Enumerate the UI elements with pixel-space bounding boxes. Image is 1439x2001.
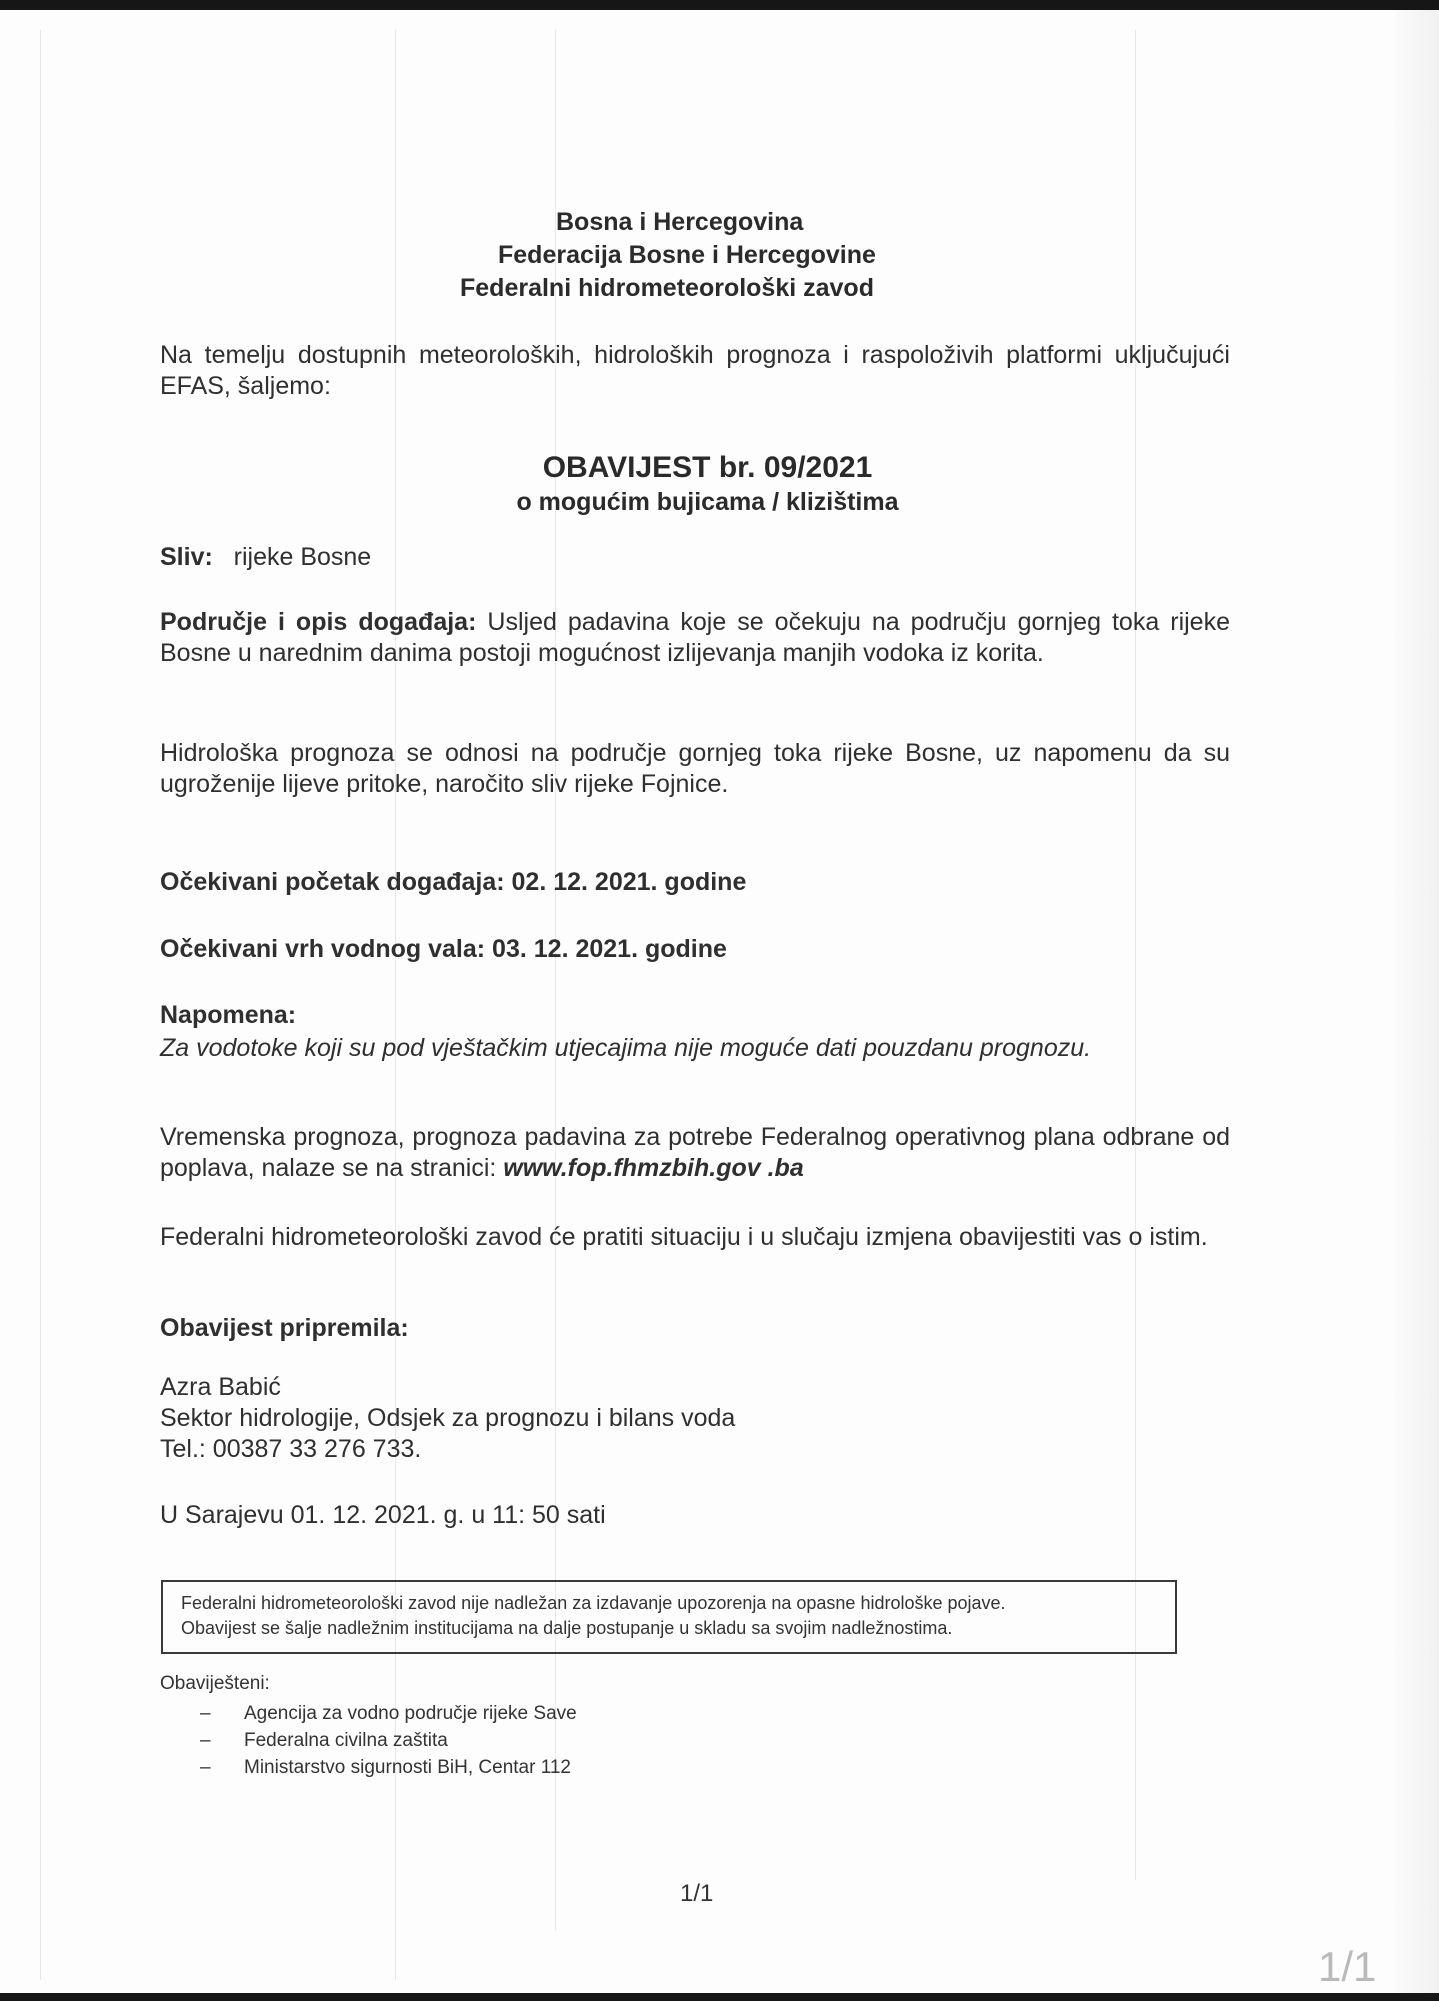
dash-bullet: – — [160, 1754, 244, 1781]
document-header: Bosna i Hercegovina Federacija Bosne i H… — [0, 206, 1395, 305]
expected-peak: Očekivani vrh vodnog vala: 03. 12. 2021.… — [160, 934, 1230, 965]
expected-start: Očekivani početak događaja: 02. 12. 2021… — [160, 867, 1230, 898]
weather-paragraph: Vremenska prognoza, prognoza padavina za… — [160, 1122, 1230, 1184]
list-item: – Ministarstvo sigurnosti BiH, Centar 11… — [160, 1754, 577, 1781]
document-page: Bosna i Hercegovina Federacija Bosne i H… — [0, 10, 1395, 1993]
viewer-page-counter: 1/1 — [1318, 1943, 1376, 1991]
place-and-date: U Sarajevu 01. 12. 2021. g. u 11: 50 sat… — [160, 1500, 1230, 1531]
list-item: – Federalna civilna zaštita — [160, 1727, 577, 1754]
viewer-bottom-bar — [0, 1993, 1439, 2001]
area-description: Područje i opis događaja: Usljed padavin… — [160, 607, 1230, 669]
disclaimer-line: Obavijest se šalje nadležnim institucija… — [181, 1616, 1157, 1641]
followup-paragraph: Federalni hidrometeorološki zavod će pra… — [160, 1222, 1230, 1253]
notice-subtitle: o mogućim bujicama / klizištima — [0, 486, 1395, 518]
area-label: Područje i opis događaja: — [160, 608, 476, 636]
disclaimer-box: Federalni hidrometeorološki zavod nije n… — [161, 1580, 1177, 1654]
header-country: Bosna i Hercegovina — [310, 206, 1395, 239]
basin-line: Sliv: rijeke Bosne — [160, 542, 1230, 573]
notice-title-block: OBAVIJEST br. 09/2021 o mogućim bujicama… — [0, 450, 1395, 518]
recipients-list: – Agencija za vodno područje rijeke Save… — [160, 1700, 577, 1781]
viewer-top-bar — [0, 0, 1439, 10]
disclaimer-line: Federalni hidrometeorološki zavod nije n… — [181, 1591, 1157, 1616]
preparer-phone: Tel.: 00387 33 276 733. — [160, 1434, 1230, 1465]
basin-value: rijeke Bosne — [234, 543, 372, 571]
recipients-title: Obaviješteni: — [160, 1673, 270, 1695]
remark-text: Za vodotoke koji su pod vještačkim utjec… — [160, 1033, 1230, 1064]
prepared-label: Obavijest pripremila: — [160, 1313, 1230, 1344]
basin-label: Sliv: — [160, 543, 213, 571]
preparer-name: Azra Babić — [160, 1372, 1230, 1403]
preparer-department: Sektor hidrologije, Odsjek za prognozu i… — [160, 1403, 1230, 1434]
intro-paragraph: Na temelju dostupnih meteoroloških, hidr… — [160, 340, 1230, 402]
recipient-name: Agencija za vodno područje rijeke Save — [244, 1700, 577, 1727]
weather-link[interactable]: www.fop.fhmzbih.gov .ba — [503, 1154, 803, 1182]
list-item: – Agencija za vodno područje rijeke Save — [160, 1700, 577, 1727]
dash-bullet: – — [160, 1700, 244, 1727]
forecast-note: Hidrološka prognoza se odnosi na područj… — [160, 738, 1230, 800]
recipient-name: Ministarstvo sigurnosti BiH, Centar 112 — [244, 1754, 571, 1781]
page-number: 1/1 — [680, 1880, 713, 1908]
recipient-name: Federalna civilna zaštita — [244, 1727, 448, 1754]
viewer-edge-shade — [1395, 10, 1439, 1993]
header-institution: Federalni hidrometeorološki zavod — [310, 272, 1395, 305]
header-federation: Federacija Bosne i Hercegovine — [310, 239, 1395, 272]
remark-label: Napomena: — [160, 1000, 1230, 1031]
notice-title: OBAVIJEST br. 09/2021 — [0, 450, 1395, 486]
dash-bullet: – — [160, 1727, 244, 1754]
